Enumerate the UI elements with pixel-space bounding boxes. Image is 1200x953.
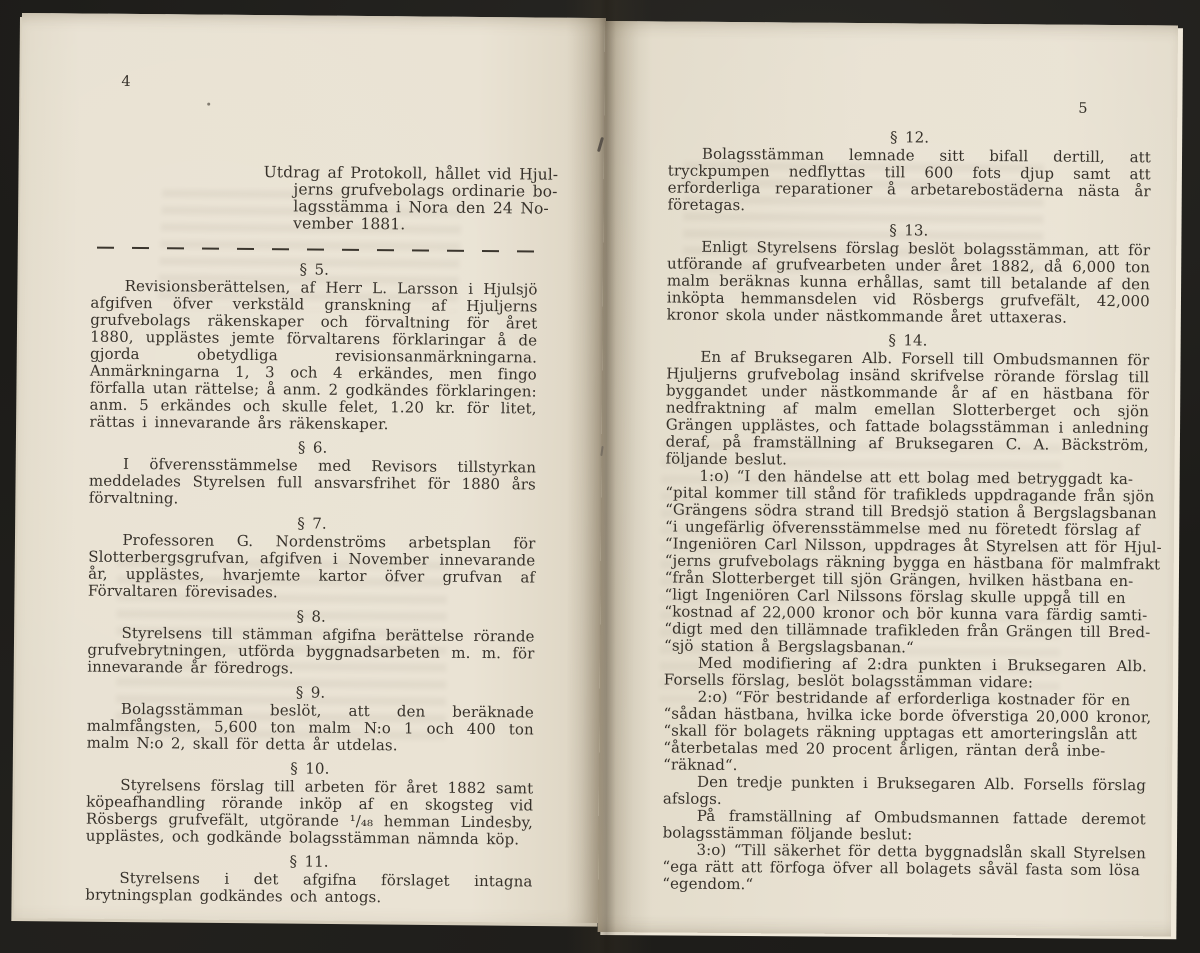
- paragraph: Bolagsstämman beslöt, att den beräknade …: [87, 701, 534, 756]
- page-number-right: 5: [1078, 101, 1087, 117]
- paragraph: Styrelsens i det afgifna förslaget intag…: [85, 870, 532, 908]
- paragraph: På framställning af Ombudsmannen fattade…: [663, 807, 1146, 845]
- paragraph: Med modifiering af 2:dra punkten i Bruks…: [664, 654, 1147, 692]
- paragraph: En af Bruksegaren Alb. Forsell till Ombu…: [665, 348, 1149, 471]
- paragraph: Den tredje punkten i Bruksegaren Alb. Fo…: [663, 773, 1146, 811]
- protocol-title-line: vember 1881.: [263, 215, 535, 234]
- ink-speck: [207, 103, 210, 106]
- protocol-section: § 10.Styrelsens förslag till arbeten för…: [86, 759, 534, 849]
- paragraph: Styrelsens förslag till arbeten för året…: [86, 777, 534, 849]
- quoted-resolution: 1:o) “I den händelse att ett bolag med b…: [664, 467, 1148, 658]
- paragraph: Styrelsens till stämman afgifna berättel…: [87, 625, 534, 680]
- protocol-section: § 9.Bolagsstämman beslöt, att den beräkn…: [87, 683, 535, 756]
- book-page-left: 4 Utdrag af Protokoll, hållet vid Hjul-j…: [14, 13, 606, 923]
- left-page-sections: § 5.Revisionsberättelsen, af Herr L. Lar…: [85, 260, 538, 908]
- left-page-content: Utdrag af Protokoll, hållet vid Hjul-jer…: [85, 163, 538, 908]
- protocol-section: § 6.I öfverensstämmelse med Revisors til…: [89, 438, 537, 511]
- protocol-section: § 7.Professoren G. Nordenströms arbetspl…: [88, 514, 536, 604]
- paragraph: I öfverensstämmelse med Revisors tillsty…: [89, 456, 536, 511]
- page-number-left: 4: [121, 74, 130, 90]
- quoted-resolution: 2:o) “För bestridande af erforderliga ko…: [663, 688, 1147, 777]
- protocol-section: § 11.Styrelsens i det afgifna förslaget …: [85, 852, 532, 908]
- protocol-section: § 13.Enligt Styrelsens förslag beslöt bo…: [667, 220, 1151, 327]
- protocol-section: § 12.Bolagsstämman lemnade sitt bifall d…: [667, 127, 1151, 217]
- protocol-section: § 5.Revisionsberättelsen, af Herr L. Lar…: [89, 260, 537, 435]
- protocol-section: § 8.Styrelsens till stämman afgifna berä…: [87, 607, 535, 680]
- paragraph: Bolagsstämman lemnade sitt bifall dertil…: [667, 145, 1151, 217]
- protocol-section: § 14.En af Bruksegaren Alb. Forsell till…: [662, 330, 1149, 896]
- right-page-sections: § 12.Bolagsstämman lemnade sitt bifall d…: [662, 120, 1151, 896]
- dashed-rule: [97, 246, 535, 253]
- paragraph: Enligt Styrelsens förslag beslöt bolagss…: [667, 238, 1151, 327]
- quoted-resolution: 3:o) “Till säkerhet för detta byggnadslå…: [662, 841, 1145, 896]
- protocol-title: Utdrag af Protokoll, hållet vid Hjul-jer…: [263, 164, 536, 234]
- book-page-right: 5 § 12.Bolagsstämman lemnade sitt bifall…: [598, 21, 1178, 936]
- paragraph: Professoren G. Nordenströms arbetsplan f…: [88, 532, 536, 604]
- paragraph: Revisionsberättelsen, af Herr L. Larsson…: [89, 278, 537, 435]
